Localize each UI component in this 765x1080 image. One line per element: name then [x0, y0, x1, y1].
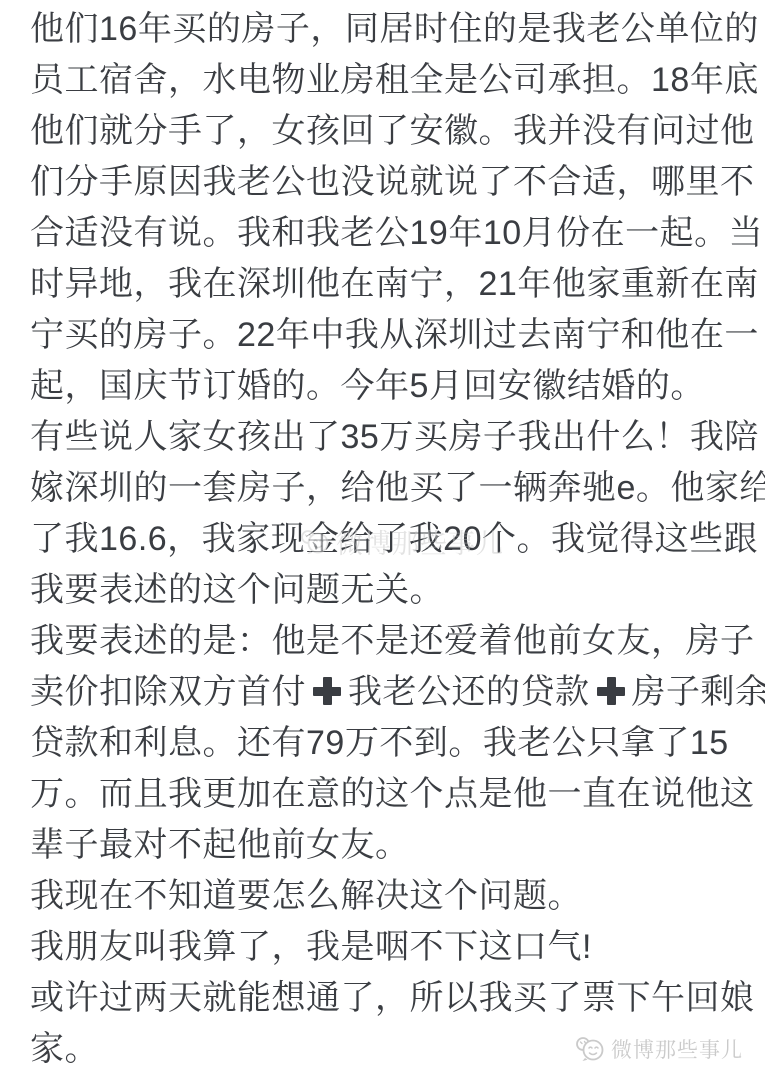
text-line: 起，国庆节订婚的。今年5月回安徽结婚的。: [30, 361, 737, 412]
text-line: 们分手原因我老公也没说就说了不合适，哪里不: [30, 157, 737, 208]
text-line: 或许过两天就能想通了，所以我买了票下午回娘: [30, 973, 737, 1024]
text-line: 员工宿舍，水电物业房租全是公司承担。18年底: [30, 55, 737, 106]
post-screenshot: 他们16年买的房子，同居时住的是我老公单位的员工宿舍，水电物业房租全是公司承担。…: [0, 0, 765, 1080]
text-line: 时异地，我在深圳他在南宁，21年他家重新在南: [30, 259, 737, 310]
text-line: 他们16年买的房子，同居时住的是我老公单位的: [30, 4, 737, 55]
plus-icon: [313, 677, 341, 705]
text-line: 我要表述的这个问题无关。: [30, 565, 737, 616]
text-line: 我现在不知道要怎么解决这个问题。: [30, 871, 737, 922]
text-line: 嫁深圳的一套房子，给他买了一辆奔驰e。他家给: [30, 463, 737, 514]
text-line: 卖价扣除双方首付我老公还的贷款房子剩余: [30, 667, 737, 718]
post-body: 他们16年买的房子，同居时住的是我老公单位的员工宿舍，水电物业房租全是公司承担。…: [0, 0, 765, 1075]
text-line: 贷款和利息。还有79万不到。我老公只拿了15: [30, 718, 737, 769]
text-line: 我朋友叫我算了，我是咽不下这口气!: [30, 922, 737, 973]
text-line: 辈子最对不起他前女友。: [30, 820, 737, 871]
text-line: 了我16.6，我家现金给了我20个。我觉得这些跟: [30, 514, 737, 565]
text-line: 我要表述的是：他是不是还爱着他前女友，房子: [30, 616, 737, 667]
plus-icon: [597, 677, 625, 705]
text-line: 宁买的房子。22年中我从深圳过去南宁和他在一: [30, 310, 737, 361]
text-line: 万。而且我更加在意的这个点是他一直在说他这: [30, 769, 737, 820]
text-line: 他们就分手了，女孩回了安徽。我并没有问过他: [30, 106, 737, 157]
text-line: 合适没有说。我和我老公19年10月份在一起。当: [30, 208, 737, 259]
text-line: 有些说人家女孩出了35万买房子我出什么！我陪: [30, 412, 737, 463]
text-line: 家。: [30, 1024, 737, 1075]
